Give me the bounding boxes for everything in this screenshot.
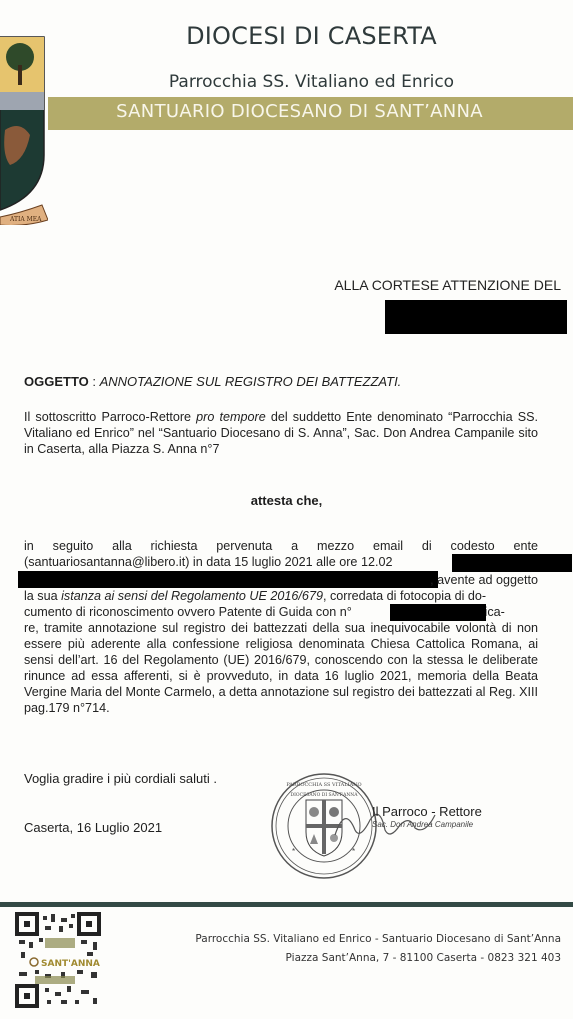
body-line-1: in seguito alla richiesta pervenuta a me… <box>24 538 538 554</box>
subject-text: ANNOTAZIONE SUL REGISTRO DEI BATTEZZATI. <box>100 374 402 389</box>
body-line-3: , avente ad oggetto <box>24 572 538 588</box>
redacted-recipient <box>385 300 567 334</box>
subject-label: OGGETTO <box>24 374 89 389</box>
body-line-4: la sua istanza ai sensi del Regolamento … <box>24 588 538 604</box>
greeting: Voglia gradire i più cordiali saluti . <box>24 771 217 786</box>
svg-text:ATIA MEA: ATIA MEA <box>9 216 42 223</box>
signer-role: Il Parroco - Rettore <box>372 804 482 819</box>
redacted-license-number <box>390 604 486 621</box>
svg-text:*: * <box>292 847 295 856</box>
footer-divider <box>0 902 573 907</box>
footer-parish-line: Parrocchia SS. Vitaliano ed Enrico - San… <box>195 933 561 945</box>
redacted-sender <box>452 554 572 572</box>
qr-code-icon: SANT'ANNA <box>15 912 101 1008</box>
attests-heading: attesta che, <box>0 493 573 508</box>
svg-text:DIOCESANO DI SANT'ANNA: DIOCESANO DI SANT'ANNA <box>291 792 359 798</box>
sanctuary-name: SANTUARIO DIOCESANO DI SANT’ANNA <box>48 101 573 122</box>
subject-line: OGGETTO : ANNOTAZIONE SUL REGISTRO DEI B… <box>24 374 401 389</box>
body-paragraph-rest: re, tramite annotazione sul registro dei… <box>24 620 538 716</box>
parish-name: Parrocchia SS. Vitaliano ed Enrico <box>0 72 573 92</box>
diocese-title: DIOCESI DI CASERTA <box>0 22 573 50</box>
svg-text:PARROCCHIA SS VITALIANO: PARROCCHIA SS VITALIANO <box>286 782 361 788</box>
signer-name: Sac. Don Andrea Campanile <box>372 820 473 829</box>
svg-text:*: * <box>352 847 355 856</box>
recipient-label: ALLA CORTESE ATTENZIONE DEL <box>334 277 561 293</box>
intro-paragraph: Il sottoscritto Parroco-Rettore pro temp… <box>24 409 538 457</box>
coat-of-arms-icon: ATIA MEA <box>0 35 48 225</box>
footer-address-line: Piazza Sant’Anna, 7 - 81100 Caserta - 08… <box>286 952 561 964</box>
subject-separator: : <box>89 374 100 389</box>
svg-text:SANT'ANNA: SANT'ANNA <box>41 959 100 969</box>
place-date: Caserta, 16 Luglio 2021 <box>24 820 162 835</box>
